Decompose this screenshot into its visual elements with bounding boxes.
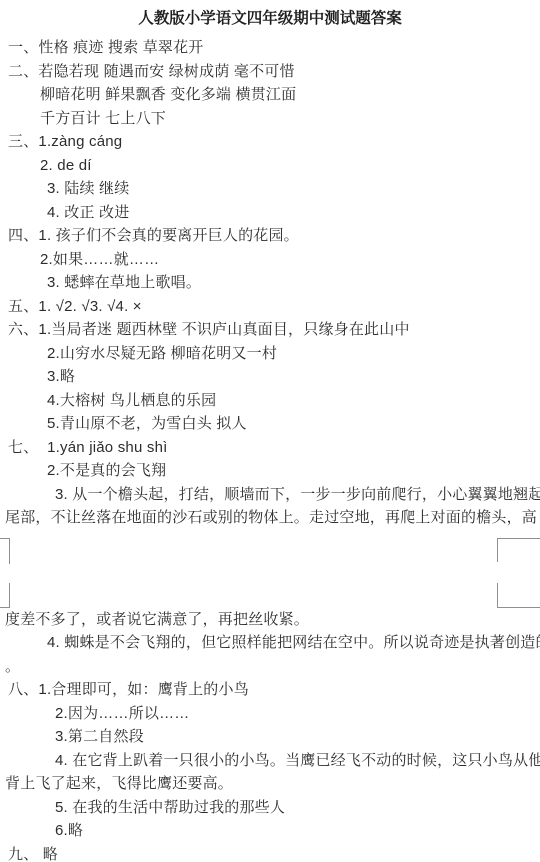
- text-line: 七、 1.yán jiǎo shu shì: [0, 436, 540, 460]
- text-line: 九、 略: [0, 843, 540, 862]
- text-line: 二、若隐若现 随遇而安 绿树成荫 毫不可惜: [0, 60, 540, 84]
- text-line: 2. de dí: [0, 154, 540, 178]
- document-body: 一、性格 痕迹 搜索 草翠花开二、若隐若现 随遇而安 绿树成荫 毫不可惜柳暗花明…: [0, 32, 540, 862]
- text-line: 3. 从一个檐头起，打结，顺墙而下，一步一步向前爬行，小心翼翼地翘起: [0, 483, 540, 507]
- text-line: 五、1. √2. √3. √4. ×: [0, 295, 540, 319]
- text-line: 5. 在我的生活中帮助过我的那些人: [0, 796, 540, 820]
- text-line: 6.略: [0, 819, 540, 843]
- text-line: 3. 陆续 继续: [0, 177, 540, 201]
- text-line: 一、性格 痕迹 搜索 草翠花开: [0, 36, 540, 60]
- text-line: 4. 改正 改进: [0, 201, 540, 225]
- text-line: 4. 在它背上趴着一只很小的小鸟。当鹰已经飞不动的时候，这只小鸟从他: [0, 749, 540, 773]
- text-line: 。: [0, 655, 540, 679]
- text-line: 5.青山原不老，为雪白头 拟人: [0, 412, 540, 436]
- page-corner-mark-top-left: [0, 583, 10, 608]
- text-line: 度差不多了，或者说它满意了，再把丝收紧。: [0, 608, 540, 632]
- text-line: 3. 蟋蟀在草地上歌唱。: [0, 271, 540, 295]
- page-corner-mark-top-right: [497, 583, 540, 608]
- text-line: 2.如果……就……: [0, 248, 540, 272]
- text-line: 千方百计 七上八下: [0, 107, 540, 131]
- page-break-gap: [0, 530, 540, 608]
- text-line: 2.山穷水尽疑无路 柳暗花明又一村: [0, 342, 540, 366]
- text-line: 三、1.zàng cáng: [0, 130, 540, 154]
- text-line: 尾部，不让丝落在地面的沙石或别的物体上。走过空地，再爬上对面的檐头，高: [0, 506, 540, 530]
- text-line: 3.略: [0, 365, 540, 389]
- text-line: 4.大榕树 鸟儿栖息的乐园: [0, 389, 540, 413]
- text-line: 背上飞了起来，飞得比鹰还要高。: [0, 772, 540, 796]
- text-line: 柳暗花明 鲜果飘香 变化多端 横贯江面: [0, 83, 540, 107]
- page-corner-mark-bottom-left: [0, 538, 10, 564]
- text-line: 八、1.合理即可，如：鹰背上的小鸟: [0, 678, 540, 702]
- text-line: 六、1.当局者迷 题西林壁 不识庐山真面目，只缘身在此山中: [0, 318, 540, 342]
- text-line: 2.不是真的会飞翔: [0, 459, 540, 483]
- text-line: 3.第二自然段: [0, 725, 540, 749]
- text-line: 4. 蜘蛛是不会飞翔的，但它照样能把网结在空中。所以说奇迹是执著创造的: [0, 631, 540, 655]
- page-corner-mark-bottom-right: [497, 538, 540, 562]
- document-page: 人教版小学语文四年级期中测试题答案 一、性格 痕迹 搜索 草翠花开二、若隐若现 …: [0, 0, 540, 862]
- text-line: 2.因为……所以……: [0, 702, 540, 726]
- text-line: 四、1. 孩子们不会真的要离开巨人的花园。: [0, 224, 540, 248]
- document-title: 人教版小学语文四年级期中测试题答案: [0, 0, 540, 32]
